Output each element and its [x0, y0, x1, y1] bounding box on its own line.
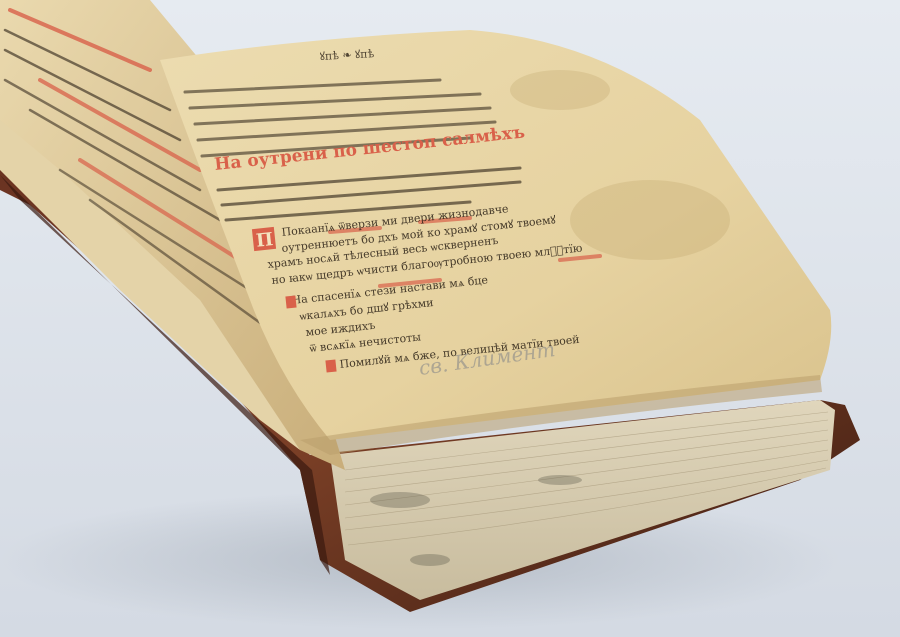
drop-cap: П — [255, 229, 274, 252]
book-illustration: ꙋпѣ ❧ ꙋпѣ На оутрени по шестоп салмѣхъ — [0, 0, 900, 637]
photo-scene: An old leather-bound book lies open, sho… — [0, 0, 900, 637]
